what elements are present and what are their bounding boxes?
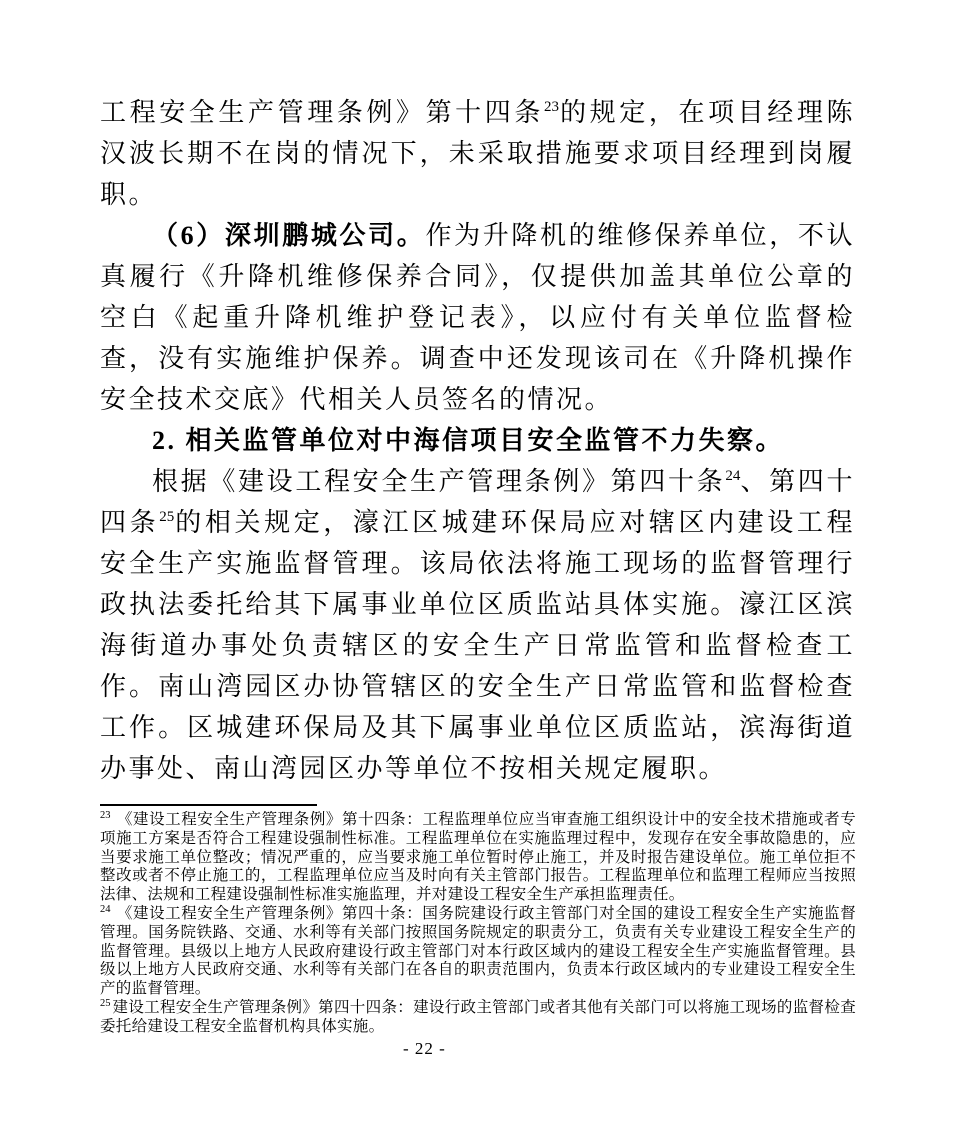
paragraph-text: 的相关规定，濠江区城建环保局应对辖区内建设工程安全生产实施监督管理。该局依法将施… bbox=[100, 508, 855, 783]
page-number: - 22 - bbox=[403, 1039, 446, 1059]
footnote-23: 23 《建设工程安全生产管理条例》第十四条：工程监理单位应当审查施工组织设计中的… bbox=[100, 811, 856, 905]
paragraph-bold-lead: （6）深圳鹏城公司。 bbox=[152, 221, 425, 250]
paragraph-regulation: 根据《建设工程安全生产管理条例》第四十条24、第四十四条25的相关规定，濠江区城… bbox=[100, 461, 855, 789]
footnote-marker: 24 bbox=[100, 904, 111, 915]
document-page: 工程安全生产管理条例》第十四条23的规定，在项目经理陈汉波长期不在岗的情况下，未… bbox=[0, 0, 960, 1122]
footnote-reference-23: 23 bbox=[544, 99, 559, 115]
paragraph-continuation: 工程安全生产管理条例》第十四条23的规定，在项目经理陈汉波长期不在岗的情况下，未… bbox=[100, 92, 855, 215]
footnotes-section: 23 《建设工程安全生产管理条例》第十四条：工程监理单位应当审查施工组织设计中的… bbox=[100, 804, 856, 1037]
paragraph-text: 工程安全生产管理条例》第十四条 bbox=[100, 98, 544, 127]
footnote-marker: 23 bbox=[100, 810, 111, 821]
footnote-text: 《建设工程安全生产管理条例》第四十条：国务院建设行政主管部门对全国的建设工程安全… bbox=[100, 905, 856, 997]
footnote-24: 24 《建设工程安全生产管理条例》第四十条：国务院建设行政主管部门对全国的建设工… bbox=[100, 905, 856, 999]
footnote-text: 《建设工程安全生产管理条例》第十四条：工程监理单位应当审查施工组织设计中的安全技… bbox=[100, 811, 856, 903]
footnote-text: 建设工程安全生产管理条例》第四十四条：建设行政主管部门或者其他有关部门可以将施工… bbox=[100, 999, 856, 1035]
paragraph-text: 根据《建设工程安全生产管理条例》第四十条 bbox=[152, 467, 725, 496]
document-body: 工程安全生产管理条例》第十四条23的规定，在项目经理陈汉波长期不在岗的情况下，未… bbox=[100, 92, 855, 789]
footnote-marker: 25 bbox=[100, 998, 111, 1009]
section-heading-text: 2. 相关监管单位对中海信项目安全监管不力失察。 bbox=[152, 426, 784, 455]
footnote-divider bbox=[100, 804, 317, 806]
paragraph-item-6: （6）深圳鹏城公司。作为升降机的维修保养单位，不认真履行《升降机维修保养合同》，… bbox=[100, 215, 855, 420]
footnote-25: 25建设工程安全生产管理条例》第四十四条：建设行政主管部门或者其他有关部门可以将… bbox=[100, 999, 856, 1037]
footnote-reference-24: 24 bbox=[725, 468, 740, 484]
section-heading: 2. 相关监管单位对中海信项目安全监管不力失察。 bbox=[100, 420, 855, 461]
footnote-reference-25: 25 bbox=[159, 509, 174, 525]
